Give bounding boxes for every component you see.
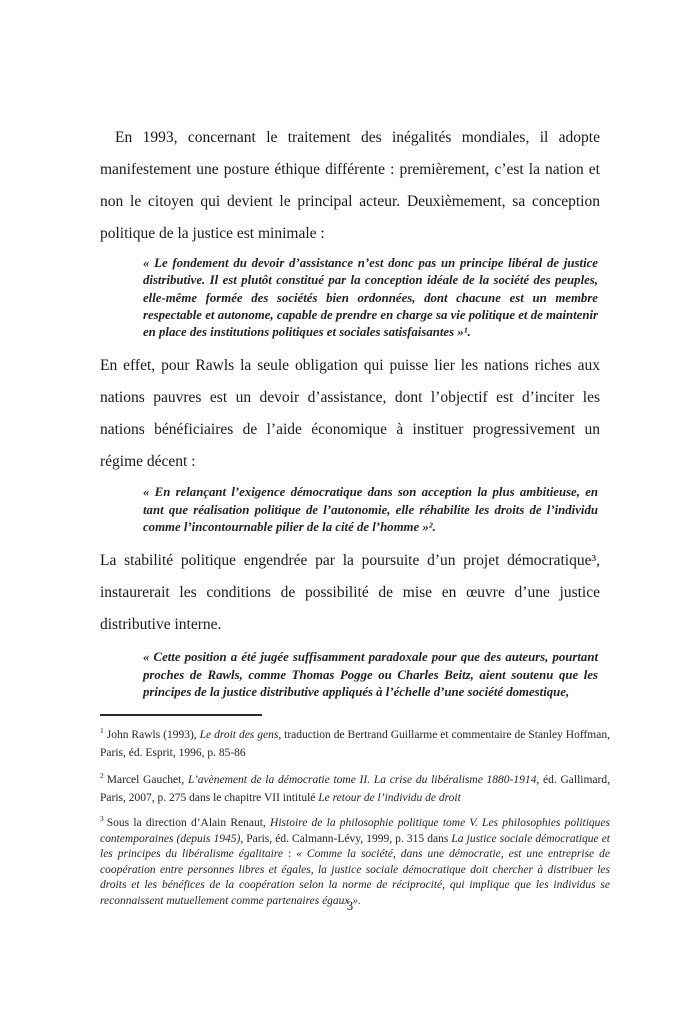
footnote-text: John Rawls (1993), bbox=[107, 729, 200, 741]
paragraph-2: En effet, pour Rawls la seule obligation… bbox=[100, 350, 600, 478]
block-quote-1: « Le fondement du devoir d’assistance n’… bbox=[143, 255, 598, 341]
footnote-text: Marcel Gauchet, bbox=[107, 774, 188, 786]
footnote-text: : bbox=[283, 848, 296, 860]
footnote-text: Sous la direction d’Alain Renaut, bbox=[107, 817, 270, 829]
paragraph-1: En 1993, concernant le traitement des in… bbox=[100, 122, 600, 250]
footnote-marker: 1 bbox=[100, 726, 104, 735]
block-quote-2: « En relançant l’exigence démocratique d… bbox=[143, 484, 598, 536]
footnote-3: 3Sous la direction d’Alain Renaut, Histo… bbox=[100, 816, 610, 909]
page-content: En 1993, concernant le traitement des in… bbox=[100, 122, 600, 909]
document-page: En 1993, concernant le traitement des in… bbox=[0, 0, 700, 1028]
paragraph-3: La stabilité politique engendrée par la … bbox=[100, 545, 600, 641]
page-number: 3 bbox=[0, 899, 700, 914]
footnote-text: , Paris, éd. Calmann-Lévy, 1999, p. 315 … bbox=[240, 833, 451, 845]
footnote-text-italic: Le retour de l’individu de droit bbox=[318, 792, 461, 804]
footnote-marker: 3 bbox=[100, 814, 104, 823]
footnote-2: 2Marcel Gauchet, L’avènement de la démoc… bbox=[100, 771, 610, 807]
footnote-text-italic: Le droit des gens, bbox=[200, 729, 282, 741]
footnote-marker: 2 bbox=[100, 771, 104, 780]
footnotes-section: 1John Rawls (1993), Le droit des gens, t… bbox=[100, 726, 610, 909]
footnote-1: 1John Rawls (1993), Le droit des gens, t… bbox=[100, 726, 610, 762]
footnote-text-italic: L’avènement de la démocratie tome II. La… bbox=[188, 774, 536, 786]
block-quote-3: « Cette position a été jugée suffisammen… bbox=[143, 649, 598, 701]
footnote-separator bbox=[100, 714, 262, 716]
